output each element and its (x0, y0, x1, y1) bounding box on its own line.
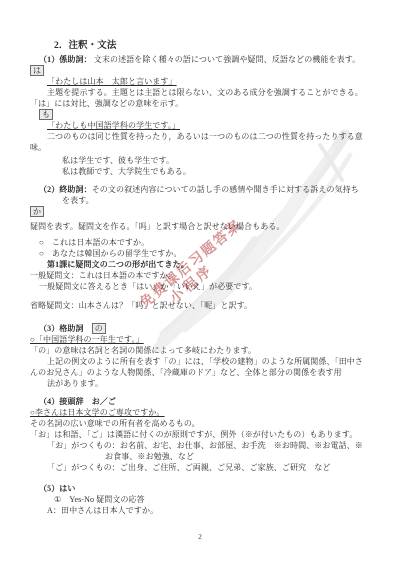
particle-box: は (30, 65, 44, 76)
text-line: 味。 (30, 142, 374, 153)
line-segment: 上記の例文のように所有を表す「の」には、「学校の建物」のような所属関係、「田中さ (47, 357, 363, 366)
line-segment: 二つのものは同じ性質を持ったり，あるいは一つのものは二つの性質を持ったりする意 (47, 132, 363, 141)
line-segment: ○ あなたは韓国からの留学生ですか。 (39, 249, 182, 258)
line-segment: 「ご」がつくもの：ご出身、ご住所、ご両親、ご兄弟、ご家族、ご研究 など (47, 463, 331, 472)
line-segment: 「わたしは山本 太郎と言います」 (47, 77, 177, 86)
text-line: お食事、※お勉強、など (30, 451, 374, 462)
text-line: 一般疑問文に答えるとき「はい」か「いいえ」が必要です。 (30, 281, 374, 292)
line-segment: 「の」の意味は名詞と名詞の関係によって多岐にわたります。 (30, 346, 256, 355)
text-line: 「わたしは山本 太郎と言います」 (30, 76, 374, 87)
line-segment: （1）係助詞： (39, 55, 92, 64)
text-line: 私は教師です、大学院生でもある。 (30, 166, 374, 177)
page-number: 2 (0, 532, 400, 541)
text-line: 「お」は和語、「ご」は漢語に付くのが原則ですが、例外（※が付いたもの）もあります… (30, 429, 374, 440)
line-segment: 「お」は和語、「ご」は漢語に付くのが原則ですが、例外（※が付いたもの）もあります… (30, 430, 357, 439)
line-segment: その文の叙述内容についての話し手の感情や聞き手に対する訴えの気持ち (92, 185, 359, 194)
line-segment: 法があります。 (47, 379, 103, 388)
text-line: 「は」には対比、強調などの意味を示す。 (30, 98, 374, 109)
text-line: 法があります。 (30, 378, 374, 389)
text-line: （4）接頭辞 お／ご (30, 396, 374, 407)
text-line: 私は学生です、彼も学生です。 (30, 155, 374, 166)
line-segment: ○ これは日本語の本ですか。 (39, 238, 149, 247)
text-line: ① Yes-No 疑問文の応答 (30, 494, 374, 505)
line-segment: ① Yes-No 疑問文の応答 (54, 495, 145, 504)
line-segment: （5）はい (39, 484, 76, 493)
line-segment: 味。 (30, 143, 46, 152)
text-line: ○「中国語学科の一年生です。」 (30, 334, 374, 345)
line-segment: 「お」がつくもの：お名前、お宅、お仕事、お部屋、お手洗 ※お時間、※お電話、※ (47, 441, 363, 450)
text-line: 「お」がつくもの：お名前、お宅、お仕事、お部屋、お手洗 ※お時間、※お電話、※ (30, 440, 374, 451)
line-segment: 省略疑問文：山本さんは？「吗」と訳せない、「呢」と訳す。 (30, 301, 252, 310)
text-line: （1）係助詞： 文末の述語を除く種々の語について強調や疑問、反語などの機能を表す… (30, 54, 374, 65)
line-segment: 一般疑問文に答えるとき「はい」か「いいえ」が必要です。 (39, 282, 257, 291)
particle-box: の (92, 323, 106, 334)
line-segment: （3）格助詞 (39, 324, 92, 333)
text-line: 第1課に疑問文の二つの形が出てきた。 (30, 259, 374, 270)
line-segment: その名詞の広い意味での所有者を高めるもの。 (30, 419, 200, 428)
text-line: を表す。 (30, 195, 374, 206)
text-line: 「ご」がつくもの：ご出身、ご住所、ご両親、ご兄弟、ご家族、ご研究 など (30, 462, 374, 473)
line-segment: 文末の述語を除く種々の語について強調や疑問、反語などの機能を表す。 (92, 55, 361, 64)
text-line: 省略疑問文：山本さんは？「吗」と訳せない、「呢」と訳す。 (30, 300, 374, 311)
particle-box: か (30, 206, 44, 217)
line-segment: 私は学生です、彼も学生です。 (62, 156, 174, 165)
line-segment: 疑問を表す。疑問文を作る。「吗」と訳す場合と訳せない場合もある。 (30, 222, 285, 231)
document-lines: 2．注釈・文法（1）係助詞： 文末の述語を除く種々の語について強調や疑問、反語な… (0, 0, 400, 516)
text-line: は (30, 65, 374, 76)
text-line: 2．注釈・文法 (30, 40, 374, 52)
line-segment: ○「中国語学科の一年生です。」 (30, 335, 144, 344)
text-line: ○ これは日本語の本ですか。 (30, 237, 374, 248)
text-line: んのお兄さん」のような人物関係、「冷蔵庫のドア」など、全体と部分の関係を表す用 (30, 367, 374, 378)
line-segment: 「は」には対比、強調などの意味を示す。 (30, 99, 183, 108)
text-line: 一般疑問文：これは日本語の本ですか。 (30, 270, 374, 281)
text-line: （3）格助詞 の (30, 323, 374, 334)
line-segment: 主題を提示する。主題とは主語とは限らない、文のある成分を強調することができる。 (47, 88, 363, 97)
text-line: 上記の例文のように所有を表す「の」には、「学校の建物」のような所属関係、「田中さ (30, 356, 374, 367)
line-segment: お食事、※お勉強、など (105, 452, 194, 461)
text-line: A：田中さんは日本人ですか。 (30, 505, 374, 516)
particle-box: も (39, 109, 53, 120)
document-page: 免费课后习题答案 小程序 2．注釈・文法（1）係助詞： 文末の述語を除く種々の語… (0, 0, 400, 565)
line-segment: を表す。 (62, 196, 94, 205)
line-segment: ○李さんは日本文学のご専攻ですか。 (30, 408, 165, 417)
text-line: ○李さんは日本文学のご専攻ですか。 (30, 407, 374, 418)
line-segment: A：田中さんは日本人ですか。 (47, 506, 158, 515)
text-line: その名詞の広い意味での所有者を高めるもの。 (30, 418, 374, 429)
line-segment: んのお兄さん」のような人物関係、「冷蔵庫のドア」など、全体と部分の関係を表す用 (30, 368, 342, 377)
line-segment: 一般疑問文：これは日本語の本ですか。 (30, 271, 176, 280)
line-segment: 私は教師です、大学院生でもある。 (62, 167, 191, 176)
text-line: 二つのものは同じ性質を持ったり，あるいは一つのものは二つの性質を持ったりする意 (30, 131, 374, 142)
line-segment: 第1課に疑問文の二つの形が出てきた。 (47, 260, 189, 269)
line-segment: 「わたしも中国語学科の学生です。」 (47, 121, 180, 130)
text-line: （2）終助詞：その文の叙述内容についての話し手の感情や聞き手に対する訴えの気持ち (30, 184, 374, 195)
text-line: か (30, 206, 374, 217)
text-line: （5）はい (30, 483, 374, 494)
text-line: 「の」の意味は名詞と名詞の関係によって多岐にわたります。 (30, 345, 374, 356)
text-line: ○ あなたは韓国からの留学生ですか。 (30, 248, 374, 259)
text-line: 主題を提示する。主題とは主語とは限らない、文のある成分を強調することができる。 (30, 87, 374, 98)
text-line: 疑問を表す。疑問文を作る。「吗」と訳す場合と訳せない場合もある。 (30, 221, 374, 232)
line-segment: （2）終助詞： (39, 185, 92, 194)
line-segment: （4）接頭辞 お／ご (39, 397, 116, 406)
text-line: 「わたしも中国語学科の学生です。」 (30, 120, 374, 131)
line-segment: 2．注釈・文法 (54, 41, 116, 51)
text-line: も (30, 109, 374, 120)
